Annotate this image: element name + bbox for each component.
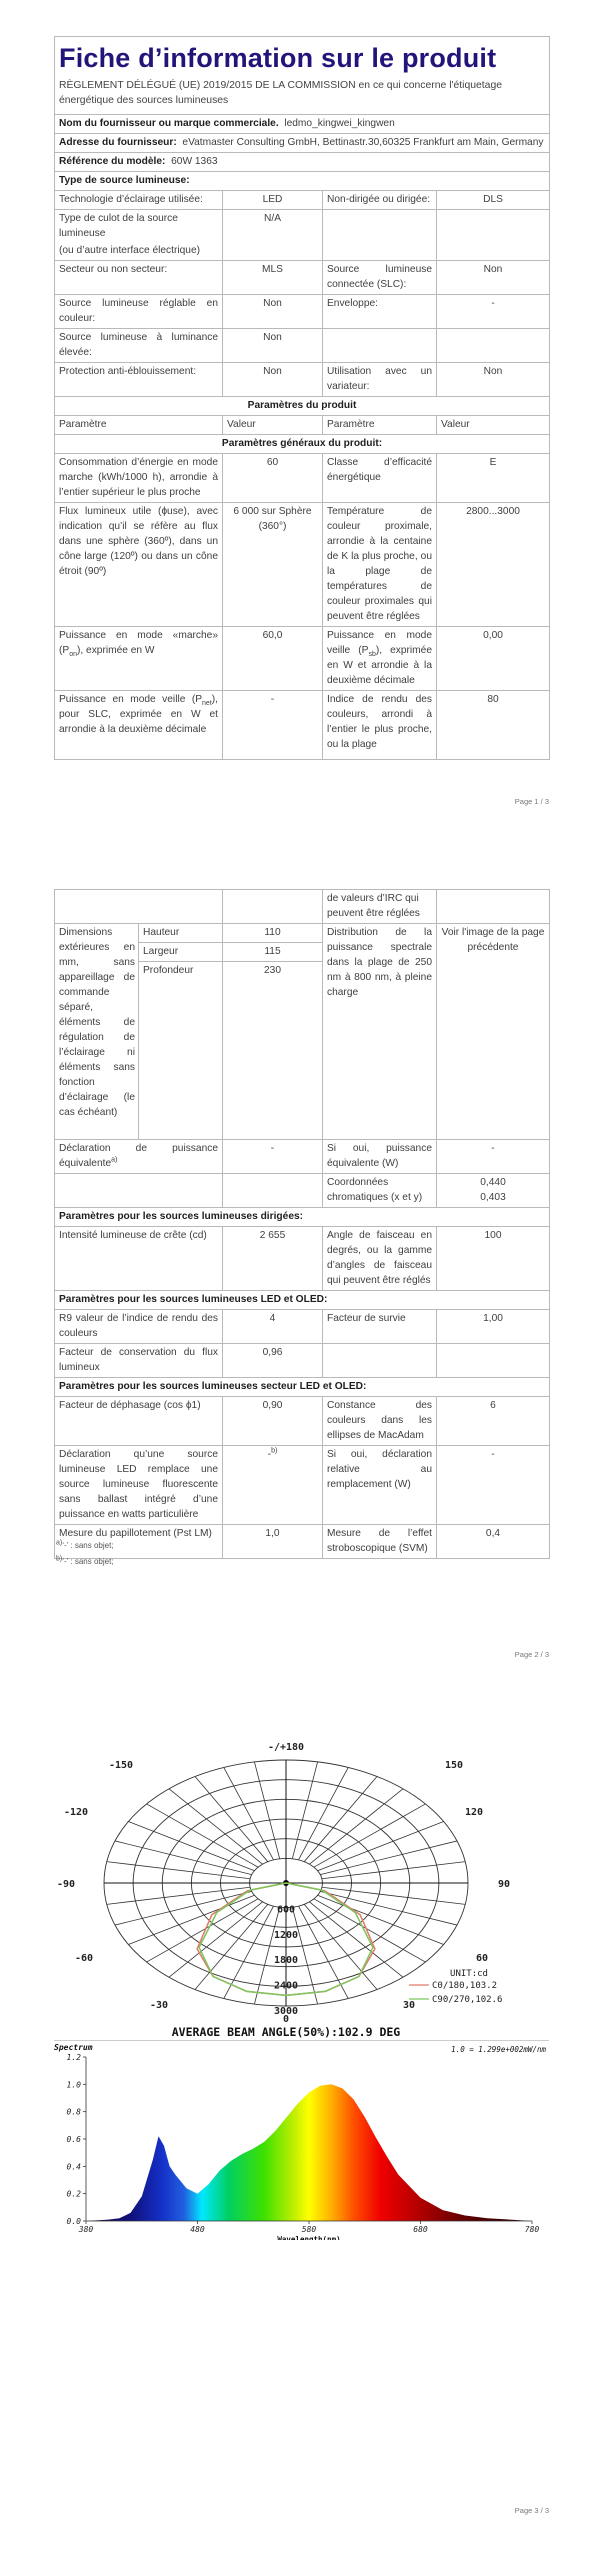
energy-class: E	[437, 454, 550, 503]
supplier-name: ledmo_kingwei_kingwen	[284, 118, 394, 129]
svg-text:480: 480	[190, 2225, 205, 2234]
table-row: Déclaration qu’une source lumineuse LED …	[55, 1446, 550, 1525]
svg-text:1.0 = 1.299e+002mW/nm: 1.0 = 1.299e+002mW/nm	[451, 2045, 546, 2054]
svg-text:1.2: 1.2	[67, 2053, 82, 2062]
svg-text:1.0: 1.0	[67, 2080, 82, 2089]
svg-text:680: 680	[413, 2225, 428, 2234]
section-heading-general-params: Paramètres généraux du produit:	[55, 435, 550, 454]
svg-text:C0/180,103.2: C0/180,103.2	[432, 1981, 497, 1991]
table-row: Flux lumineux utile (ɸuse), avec indicat…	[55, 503, 550, 627]
svg-text:AVERAGE BEAM ANGLE(50%):102.9: AVERAGE BEAM ANGLE(50%):102.9 DEG	[172, 2025, 401, 2039]
svg-text:UNIT:cd: UNIT:cd	[450, 1969, 488, 1979]
spectrum-chart: 0.00.20.40.60.81.01.2380480580680780Spec…	[54, 2040, 549, 2240]
supplier-address: eVatmaster Consulting GmbH, Bettinastr.3…	[182, 137, 543, 148]
svg-text:C90/270,102.6: C90/270,102.6	[432, 1995, 502, 2005]
svg-text:Spectrum: Spectrum	[54, 2043, 93, 2052]
svg-text:-60: -60	[75, 1953, 93, 1964]
product-info-table-continued: de valeurs d’IRC qui peuvent être réglée…	[54, 889, 550, 1559]
svg-text:Wavelength(nm): Wavelength(nm)	[277, 2235, 340, 2240]
table-row: Coordonnées chromatiques (x et y) 0,4400…	[55, 1174, 550, 1208]
page-number: Page 2 / 3	[515, 1650, 549, 1659]
table-row: Technologie d’éclairage utilisée: LED No…	[55, 191, 550, 210]
svg-text:0: 0	[283, 2014, 289, 2025]
svg-text:30: 30	[403, 2000, 415, 2011]
svg-text:600: 600	[277, 1904, 295, 1915]
svg-text:780: 780	[525, 2225, 540, 2234]
supplier-name-row: Nom du fournisseur ou marque commerciale…	[55, 115, 550, 134]
svg-text:60: 60	[476, 1953, 488, 1964]
svg-text:0.6: 0.6	[67, 2135, 82, 2144]
table-row: Puissance en mode veille (Pnet), pour SL…	[55, 691, 550, 760]
page-1: Fiche d’information sur le produit RÈGLE…	[0, 0, 603, 850]
model-reference: 60W 1363	[171, 156, 217, 167]
svg-text:-90: -90	[57, 1879, 75, 1890]
table-row: de valeurs d’IRC qui peuvent être réglée…	[55, 890, 550, 924]
table-row: Facteur de conservation du flux lumineux…	[55, 1344, 550, 1378]
table-row: R9 valeur de l’indice de rendu des coule…	[55, 1310, 550, 1344]
table-row: Puissance en mode «marche» (Pon), exprim…	[55, 627, 550, 691]
table-row: Protection anti-éblouissement: Non Utili…	[55, 363, 550, 397]
svg-text:0.2: 0.2	[67, 2190, 82, 2199]
table-row: Mesure du papillotement (Pst LM) 1,0 Mes…	[55, 1525, 550, 1559]
section-heading-light-source-type: Type de source lumineuse:	[55, 172, 550, 191]
svg-text:-30: -30	[150, 2000, 168, 2011]
svg-text:150: 150	[445, 1760, 463, 1771]
table-row: Intensité lumineuse de crête (cd) 2 655 …	[55, 1227, 550, 1291]
section-heading-product-params: Paramètres du produit	[55, 397, 550, 416]
table-row: Type de culot de la source lumineuse(ou …	[55, 210, 550, 261]
svg-text:1200: 1200	[274, 1930, 298, 1941]
footnote-b: b)‘-’ : sans objet;	[56, 1557, 114, 1566]
product-sheet-part-2: de valeurs d’IRC qui peuvent être réglée…	[54, 889, 549, 1559]
svg-text:2400: 2400	[274, 1981, 298, 1992]
svg-text:0.8: 0.8	[67, 2108, 82, 2117]
svg-text:120: 120	[465, 1807, 483, 1818]
svg-text:-120: -120	[64, 1807, 88, 1818]
section-heading-directional: Paramètres pour les sources lumineuses d…	[55, 1208, 550, 1227]
page-title: Fiche d’information sur le produit	[59, 41, 545, 75]
section-heading-mains-led: Paramètres pour les sources lumineuses s…	[55, 1378, 550, 1397]
table-row: Consommation d’énergie en mode marche (k…	[55, 454, 550, 503]
svg-text:-150: -150	[109, 1760, 133, 1771]
svg-text:0.4: 0.4	[67, 2162, 82, 2171]
supplier-address-row: Adresse du fournisseur: eVatmaster Consu…	[55, 134, 550, 153]
page-number: Page 3 / 3	[515, 2506, 549, 2515]
footnote-a: a)‘-’ : sans objet;	[56, 1541, 114, 1550]
polar-light-distribution-chart: 6001200180024003000-/+180-150150-120120-…	[54, 1740, 549, 2040]
model-reference-row: Référence du modèle: 60W 1363	[55, 153, 550, 172]
column-header-row: Paramètre Valeur Paramètre Valeur	[55, 416, 550, 435]
svg-text:90: 90	[498, 1879, 510, 1890]
product-info-table: Fiche d’information sur le produit RÈGLE…	[54, 36, 550, 760]
table-row: Source lumineuse à luminance élevée: Non	[55, 329, 550, 363]
table-row: Source lumineuse réglable en couleur: No…	[55, 295, 550, 329]
regulation-text: RÈGLEMENT DÉLÉGUÉ (UE) 2019/2015 DE LA C…	[59, 78, 545, 108]
section-heading-led-oled: Paramètres pour les sources lumineuses L…	[55, 1291, 550, 1310]
dimensions-row: Dimensions extérieures en mm, sans appar…	[55, 924, 550, 943]
svg-text:380: 380	[78, 2225, 94, 2234]
product-sheet-part-1: Fiche d’information sur le produit RÈGLE…	[54, 36, 549, 760]
svg-text:580: 580	[302, 2225, 317, 2234]
svg-text:1800: 1800	[274, 1955, 298, 1966]
table-row: Facteur de déphasage (cos ϕ1) 0,90 Const…	[55, 1397, 550, 1446]
table-row: Secteur ou non secteur: MLS Source lumin…	[55, 261, 550, 295]
table-row: Déclaration de puissance équivalentea) -…	[55, 1140, 550, 1174]
page-number: Page 1 / 3	[515, 797, 549, 806]
svg-text:-/+180: -/+180	[268, 1742, 304, 1753]
